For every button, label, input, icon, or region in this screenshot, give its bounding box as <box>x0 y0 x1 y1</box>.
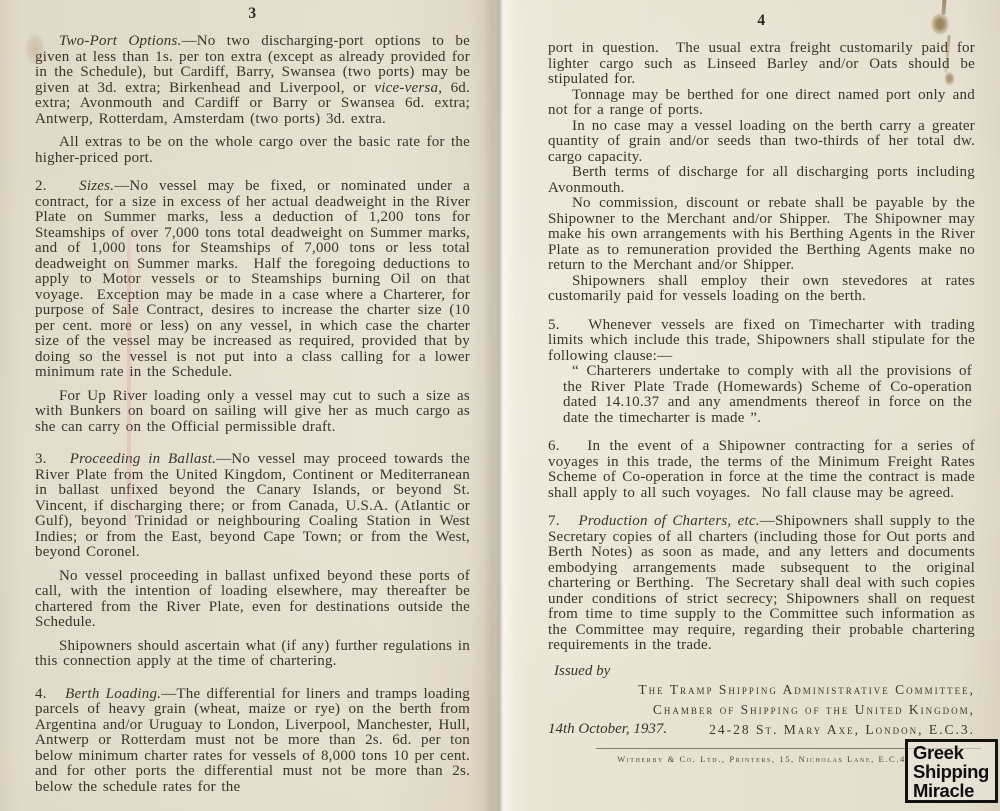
committee-line-1: The Tramp Shipping Administrative Commit… <box>548 680 975 700</box>
stamp-line-1: Greek <box>913 743 995 762</box>
paragraph: All extras to be on the whole cargo over… <box>35 135 470 166</box>
paragraph: No vessel proceeding in ballast unfixed … <box>35 569 470 631</box>
paragraph: 7. Production of Charters, etc.—Shipowne… <box>548 514 975 654</box>
page-4-text: port in question. The usual extra freigh… <box>548 41 975 654</box>
greek-shipping-miracle-stamp: Greek Shipping Miracle <box>905 739 998 803</box>
paragraph: “ Charterers undertake to comply with al… <box>563 364 972 426</box>
paragraph: Tonnage may be berthed for one direct na… <box>548 88 975 119</box>
page-4: 4 port in question. The usual extra frei… <box>505 0 1000 811</box>
paragraph: No commission, discount or rebate shall … <box>548 196 975 274</box>
paragraph: In no case may a vessel loading on the b… <box>548 119 975 166</box>
paragraph: Berth terms of discharge for all dischar… <box>548 165 975 196</box>
stamp-line-3: Miracle <box>913 781 995 800</box>
paragraph: For Up River loading only a vessel may c… <box>35 389 470 436</box>
page-3-text: Two-Port Options.—No two discharging-por… <box>35 34 470 795</box>
paragraph: Shipowners should ascertain what (if any… <box>35 639 470 670</box>
issued-by-line: Issued by <box>554 663 975 680</box>
page-number-right: 4 <box>548 12 975 30</box>
stamp-line-2: Shipping <box>913 762 995 781</box>
paragraph: 2. Sizes.—No vessel may be fixed, or nom… <box>35 179 470 381</box>
paragraph: Two-Port Options.—No two discharging-por… <box>35 34 470 127</box>
page-number-left: 3 <box>35 5 470 23</box>
paragraph: 5. Whenever vessels are fixed on Timecha… <box>548 318 975 365</box>
paragraph: port in question. The usual extra freigh… <box>548 41 975 88</box>
paragraph: 3. Proceeding in Ballast.—No vessel may … <box>35 452 470 561</box>
page-3: 3 Two-Port Options.—No two discharging-p… <box>0 0 500 811</box>
committee-line-2: Chamber of Shipping of the United Kingdo… <box>548 700 975 720</box>
paragraph: 6. In the event of a Shipowner contracti… <box>548 439 975 501</box>
paragraph: 4. Berth Loading.—The differential for l… <box>35 687 470 796</box>
document-scan: 3 Two-Port Options.—No two discharging-p… <box>0 0 1000 811</box>
paragraph: Shipowners shall employ their own steved… <box>548 274 975 305</box>
